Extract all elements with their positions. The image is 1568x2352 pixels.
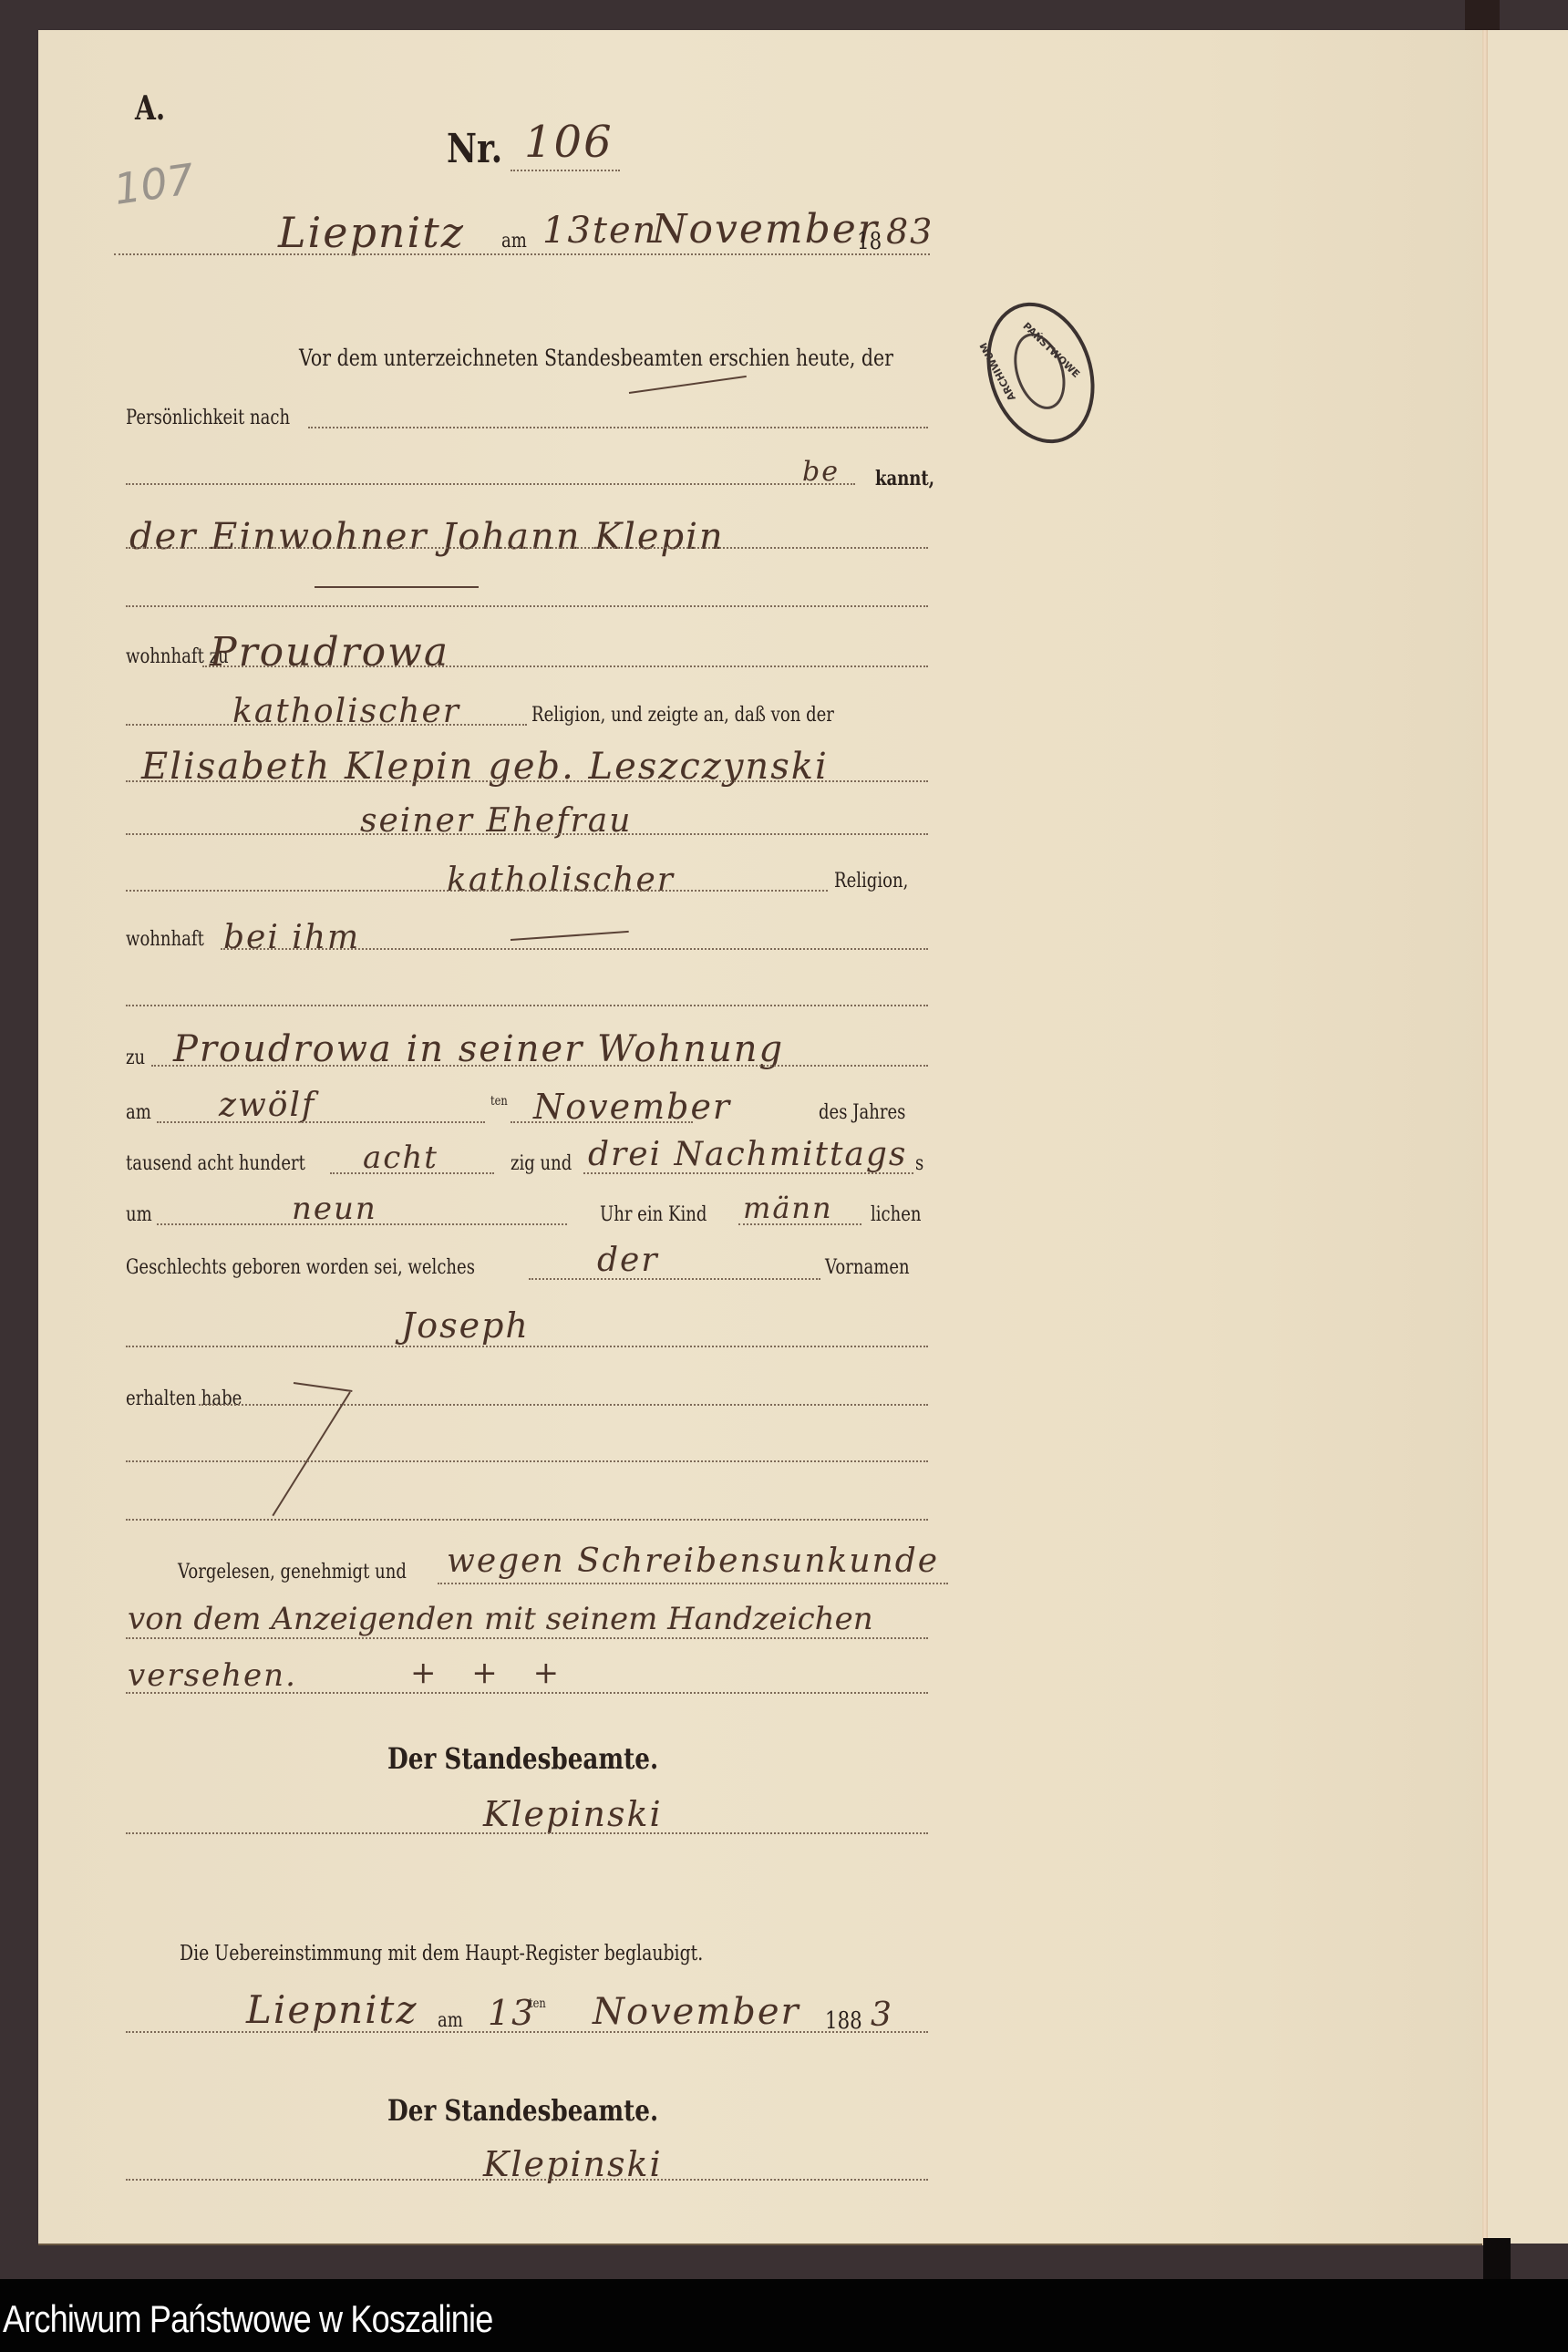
bekannt-print: kannt, bbox=[875, 467, 934, 490]
header-am: am bbox=[501, 230, 527, 253]
registrar-signature-line-2 bbox=[126, 2179, 928, 2181]
zig-und-line bbox=[583, 1172, 913, 1174]
birth-day-line bbox=[157, 1121, 485, 1123]
archive-name: Archiwum Państwowe w Koszalinie bbox=[3, 2297, 492, 2341]
wohnhaft-label: wohnhaft bbox=[126, 928, 204, 951]
footer-date-line bbox=[126, 2031, 928, 2033]
uhr-label: Uhr ein Kind bbox=[600, 1203, 707, 1226]
erhalten-line bbox=[199, 1404, 928, 1406]
religion-mother-print: Religion, bbox=[834, 870, 908, 892]
lichen-label: lichen bbox=[871, 1203, 922, 1226]
book-gutter bbox=[1482, 30, 1488, 2245]
geschlechts-label: Geschlechts geboren worden sei, welches bbox=[126, 1256, 475, 1279]
footer-month: November bbox=[593, 1991, 800, 2033]
religion-father-line bbox=[126, 724, 527, 726]
um-line bbox=[157, 1223, 567, 1225]
vorgelesen-line-3 bbox=[126, 1692, 928, 1694]
record-number-line bbox=[511, 170, 620, 171]
erhalten-label: erhalten habe bbox=[126, 1387, 242, 1410]
um-value: neun bbox=[292, 1191, 377, 1227]
blank-line-2 bbox=[126, 1005, 928, 1006]
tausend-line bbox=[330, 1172, 494, 1174]
zig-und-label: zig und bbox=[511, 1152, 572, 1175]
mother-relation-line bbox=[126, 833, 928, 835]
religion-mother: katholischer bbox=[447, 861, 675, 899]
religion-mother-line bbox=[126, 890, 828, 892]
um-label: um bbox=[126, 1203, 152, 1226]
kind-line bbox=[738, 1223, 861, 1225]
informant-line bbox=[126, 547, 928, 549]
registrar-title-1: Der Standesbeamte. bbox=[387, 1741, 658, 1776]
registrar-signature-1: Klepinski bbox=[483, 1794, 663, 1834]
footer-am: am bbox=[438, 2009, 463, 2032]
bekannt-line bbox=[126, 483, 855, 485]
signature-crosses: + + + bbox=[410, 1655, 572, 1691]
persoenlichkeit-label: Persönlichkeit nach bbox=[126, 407, 290, 429]
underline-stroke bbox=[315, 586, 479, 588]
wohnhaft-value: bei ihm bbox=[223, 919, 360, 956]
welches-line bbox=[529, 1278, 820, 1280]
birth-day: zwölf bbox=[219, 1087, 315, 1124]
wohnhaft-zu-line bbox=[202, 665, 928, 667]
des-jahres-label: des Jahres bbox=[819, 1101, 905, 1124]
registrar-title-2: Der Standesbeamte. bbox=[387, 2093, 658, 2128]
wohnhaft-line bbox=[221, 948, 928, 950]
intro-line: Vor dem unterzeichneten Standesbeamten e… bbox=[299, 345, 893, 371]
footer-year-suffix: 3 bbox=[871, 1996, 893, 2034]
bekannt-hand: be bbox=[802, 456, 840, 488]
form-letter: A. bbox=[135, 89, 165, 128]
zu-line bbox=[151, 1065, 928, 1067]
vorgelesen-line-1 bbox=[438, 1583, 948, 1584]
book-spine-bottom bbox=[1483, 2238, 1511, 2279]
header-date-line bbox=[114, 253, 930, 255]
zu-label: zu bbox=[126, 1047, 145, 1069]
zig-und-value: drei Nachmittags bbox=[588, 1136, 907, 1173]
informant-name: der Einwohner Johann Klepin bbox=[129, 516, 725, 558]
header-year-suffix: 83 bbox=[886, 211, 934, 252]
kind-value: männ bbox=[743, 1191, 833, 1225]
given-name-line bbox=[126, 1346, 928, 1347]
footer-ten: ten bbox=[529, 1996, 546, 2011]
s-label: s bbox=[915, 1152, 923, 1175]
blank-line-3 bbox=[126, 1460, 928, 1462]
tausend-value: acht bbox=[363, 1140, 438, 1176]
mother-line bbox=[126, 780, 928, 782]
blank-line-4 bbox=[126, 1519, 928, 1521]
record-number-value: 106 bbox=[524, 117, 614, 168]
vorgelesen-hand-3: versehen. bbox=[128, 1657, 297, 1694]
birth-month-line bbox=[511, 1121, 693, 1123]
record-number-label: Nr. bbox=[447, 126, 502, 172]
header-month: November bbox=[652, 206, 879, 253]
welches-value: der bbox=[597, 1242, 659, 1279]
facing-page-edge bbox=[1488, 30, 1568, 2244]
header-place: Liepnitz bbox=[278, 208, 465, 257]
header-year-prefix: 18 bbox=[857, 228, 882, 255]
certification-line: Die Uebereinstimmung mit dem Haupt-Regis… bbox=[180, 1942, 703, 1965]
vornamen-label: Vornamen bbox=[825, 1256, 910, 1279]
religion-father-print: Religion, und zeigte an, daß von der bbox=[531, 704, 834, 727]
blank-line-1 bbox=[126, 605, 928, 607]
tausend-label: tausend acht hundert bbox=[126, 1152, 305, 1175]
vorgelesen-line-2 bbox=[126, 1637, 928, 1639]
wohnhaft-zu-value: Proudrowa bbox=[210, 629, 449, 676]
book-spine-top bbox=[1465, 0, 1500, 33]
vorgelesen-hand-2: von dem Anzeigenden mit seinem Handzeich… bbox=[128, 1601, 873, 1637]
footer-place: Liepnitz bbox=[246, 1987, 418, 2032]
given-name: Joseph bbox=[401, 1305, 530, 1346]
am-label: am bbox=[126, 1101, 151, 1124]
vorgelesen-label: Vorgelesen, genehmigt und bbox=[178, 1561, 407, 1583]
header-day: 13ten bbox=[542, 210, 657, 252]
registrar-signature-line-1 bbox=[126, 1832, 928, 1834]
ten-label: ten bbox=[490, 1094, 508, 1109]
persoenlichkeit-line bbox=[308, 427, 928, 428]
vorgelesen-hand-1: wegen Schreibensunkunde bbox=[447, 1542, 939, 1580]
